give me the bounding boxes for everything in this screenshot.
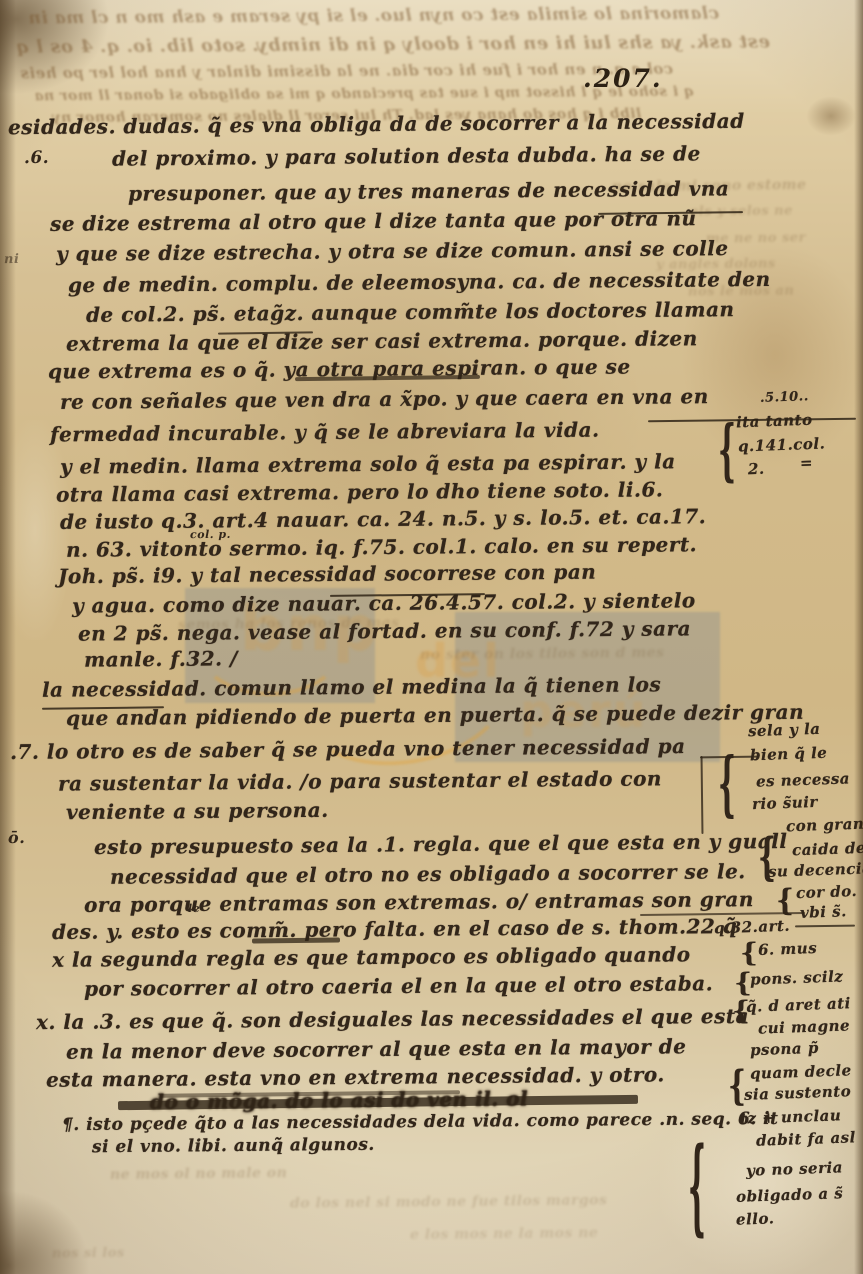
right-margin-note: con gran [786, 815, 863, 836]
screenshot-stage: bnpdelperú clamorina lo simila est co ny… [0, 0, 863, 1274]
bleedthrough-line: ne mos ol no male on [110, 1165, 287, 1183]
right-margin-note: vbi s̃. [800, 902, 847, 922]
manuscript-line: x. la .3. es que q̃. son desiguales las … [36, 1004, 749, 1034]
bleedthrough-line: no ster on los tilos son d mes [420, 645, 665, 664]
manuscript-line: esto presupuesto sea la .1. regla. que e… [94, 829, 788, 859]
manuscript-line: extrema la que el dize ser casi extrema.… [66, 326, 698, 356]
right-margin-note: es necessa [756, 769, 851, 790]
right-margin-note: ello. [736, 1209, 775, 1228]
manuscript-line: manle. f.32. / [84, 646, 238, 671]
manuscript-line: de col.2. ps̃. etag̃z. aunque comm̃te lo… [86, 297, 735, 327]
right-margin-note: q̃. d aret ati [746, 994, 851, 1016]
right-margin-note: cui magne [758, 1016, 851, 1037]
right-margin-note: su decencia [768, 859, 863, 881]
ink-rule [701, 756, 704, 834]
ink-rule [252, 937, 340, 943]
bleedthrough-line: nos si los [52, 1246, 125, 1262]
margin-brace: { [728, 1066, 746, 1106]
manuscript-line: si el vno. libi. aunq̃ algunos. [92, 1135, 375, 1157]
manuscript-line: y que se dize estrecha. y otra se dize c… [56, 236, 729, 266]
manuscript-line: presuponer. que ay tres maneras de neces… [128, 176, 730, 205]
manuscript-line: otra llama casi extrema. pero lo dho tie… [56, 477, 663, 506]
margin-brace: { [688, 1136, 706, 1240]
right-margin-note: q.141.col. [738, 434, 826, 455]
margin-brace: { [740, 940, 758, 966]
manuscript-line: esidades. dudas. q̃ es vna obliga da de … [8, 109, 745, 139]
right-margin-note: dabit fa asl [756, 1128, 856, 1149]
right-margin-note: yo no seria [746, 1158, 843, 1179]
manuscript-line: ra sustentar la vida. /o para sustentar … [58, 766, 662, 795]
manuscript-line: x la segunda regla es que tampoco es obl… [52, 942, 691, 972]
margin-brace: { [758, 833, 776, 883]
right-margin-note: quam decle [750, 1061, 852, 1083]
folio-number: .207. [583, 64, 663, 93]
manuscript-line: se dize estrema al otro que l dize tanta… [50, 206, 697, 236]
margin-brace: { [718, 750, 736, 820]
left-margin-note: ō. [8, 828, 25, 847]
manuscript-page: bnpdelperú clamorina lo simila est co ny… [0, 0, 863, 1274]
manuscript-line: re con señales que ven dra a x̃po. y que… [60, 384, 709, 414]
right-margin-note: = [800, 454, 814, 472]
manuscript-line: des. y. esto es comm̃. pero falta. en el… [52, 914, 737, 944]
manuscript-line: n. 63. vitonto sermo. iq. f.75. col.1. c… [66, 532, 697, 562]
right-margin-note: psona p̃ [750, 1039, 819, 1059]
stain [0, 1190, 90, 1274]
right-margin-note: pons. scilz [750, 967, 844, 988]
right-margin-note: cor do. [796, 882, 858, 902]
manuscript-line: veniente a su persona. [66, 798, 329, 824]
right-margin-note: bien q̃ le [750, 744, 828, 765]
left-margin-note: ni [4, 252, 20, 267]
manuscript-line: del proximo. y para solution desta dubda… [112, 141, 701, 170]
bleedthrough-line: e los mos ne la mos ne [410, 1225, 598, 1243]
right-margin-note: obligado a s̃ [736, 1184, 844, 1206]
right-margin-note: .5.10.. [760, 389, 809, 406]
right-margin-note: sela y la [748, 720, 821, 741]
left-margin-note: col. p. [190, 528, 231, 541]
right-margin-note: q.32.art. [714, 917, 791, 938]
left-margin-note: le [188, 902, 200, 915]
right-margin-note: 6. mus [758, 939, 818, 959]
manuscript-line: ora porque entramas son extremas. o/ ent… [84, 887, 754, 917]
manuscript-line: necessidad que el otro no es obligado a … [110, 859, 746, 889]
manuscript-line: en la menor deve socorrer al que esta en… [66, 1034, 687, 1063]
manuscript-line: ge de medin. complu. de eleemosyna. ca. … [68, 267, 771, 297]
bleedthrough-line: clamorina lo simila est co nyn luo. el s… [28, 4, 719, 29]
right-margin-note: 2. [748, 460, 765, 479]
manuscript-line: por socorrer al otro caeria el en la que… [84, 971, 713, 1000]
manuscript-line: y el medin. llama extrema solo q̃ esta p… [60, 449, 676, 478]
margin-brace: { [734, 970, 752, 996]
right-margin-note: caida de [792, 839, 863, 860]
left-margin-note: .6. [24, 148, 49, 168]
bleedthrough-line: est ask. ya shs lui hi en hor i dooly q … [16, 31, 770, 57]
right-margin-note: rio s̃uir [752, 793, 818, 813]
stain [806, 96, 856, 136]
margin-brace: { [718, 418, 736, 484]
manuscript-line: Joh. ps̃. i9. y tal necessidad socorrese… [58, 560, 596, 589]
margin-brace: { [732, 998, 750, 1024]
right-margin-note: sia sustento [744, 1082, 852, 1104]
right-margin-note: tz + unclau [740, 1106, 842, 1128]
manuscript-line: de iusto q.3. art.4 nauar. ca. 24. n.5. … [60, 504, 706, 534]
bleedthrough-line: do los nel si modo ne fue tilos margos [290, 1192, 607, 1211]
ink-rule [795, 925, 855, 928]
bleedthrough-line: col a q. n en hor i fue hi cor dia. ne l… [20, 60, 673, 83]
manuscript-line: fermedad incurable. y q̃ se le abreviara… [50, 418, 600, 447]
